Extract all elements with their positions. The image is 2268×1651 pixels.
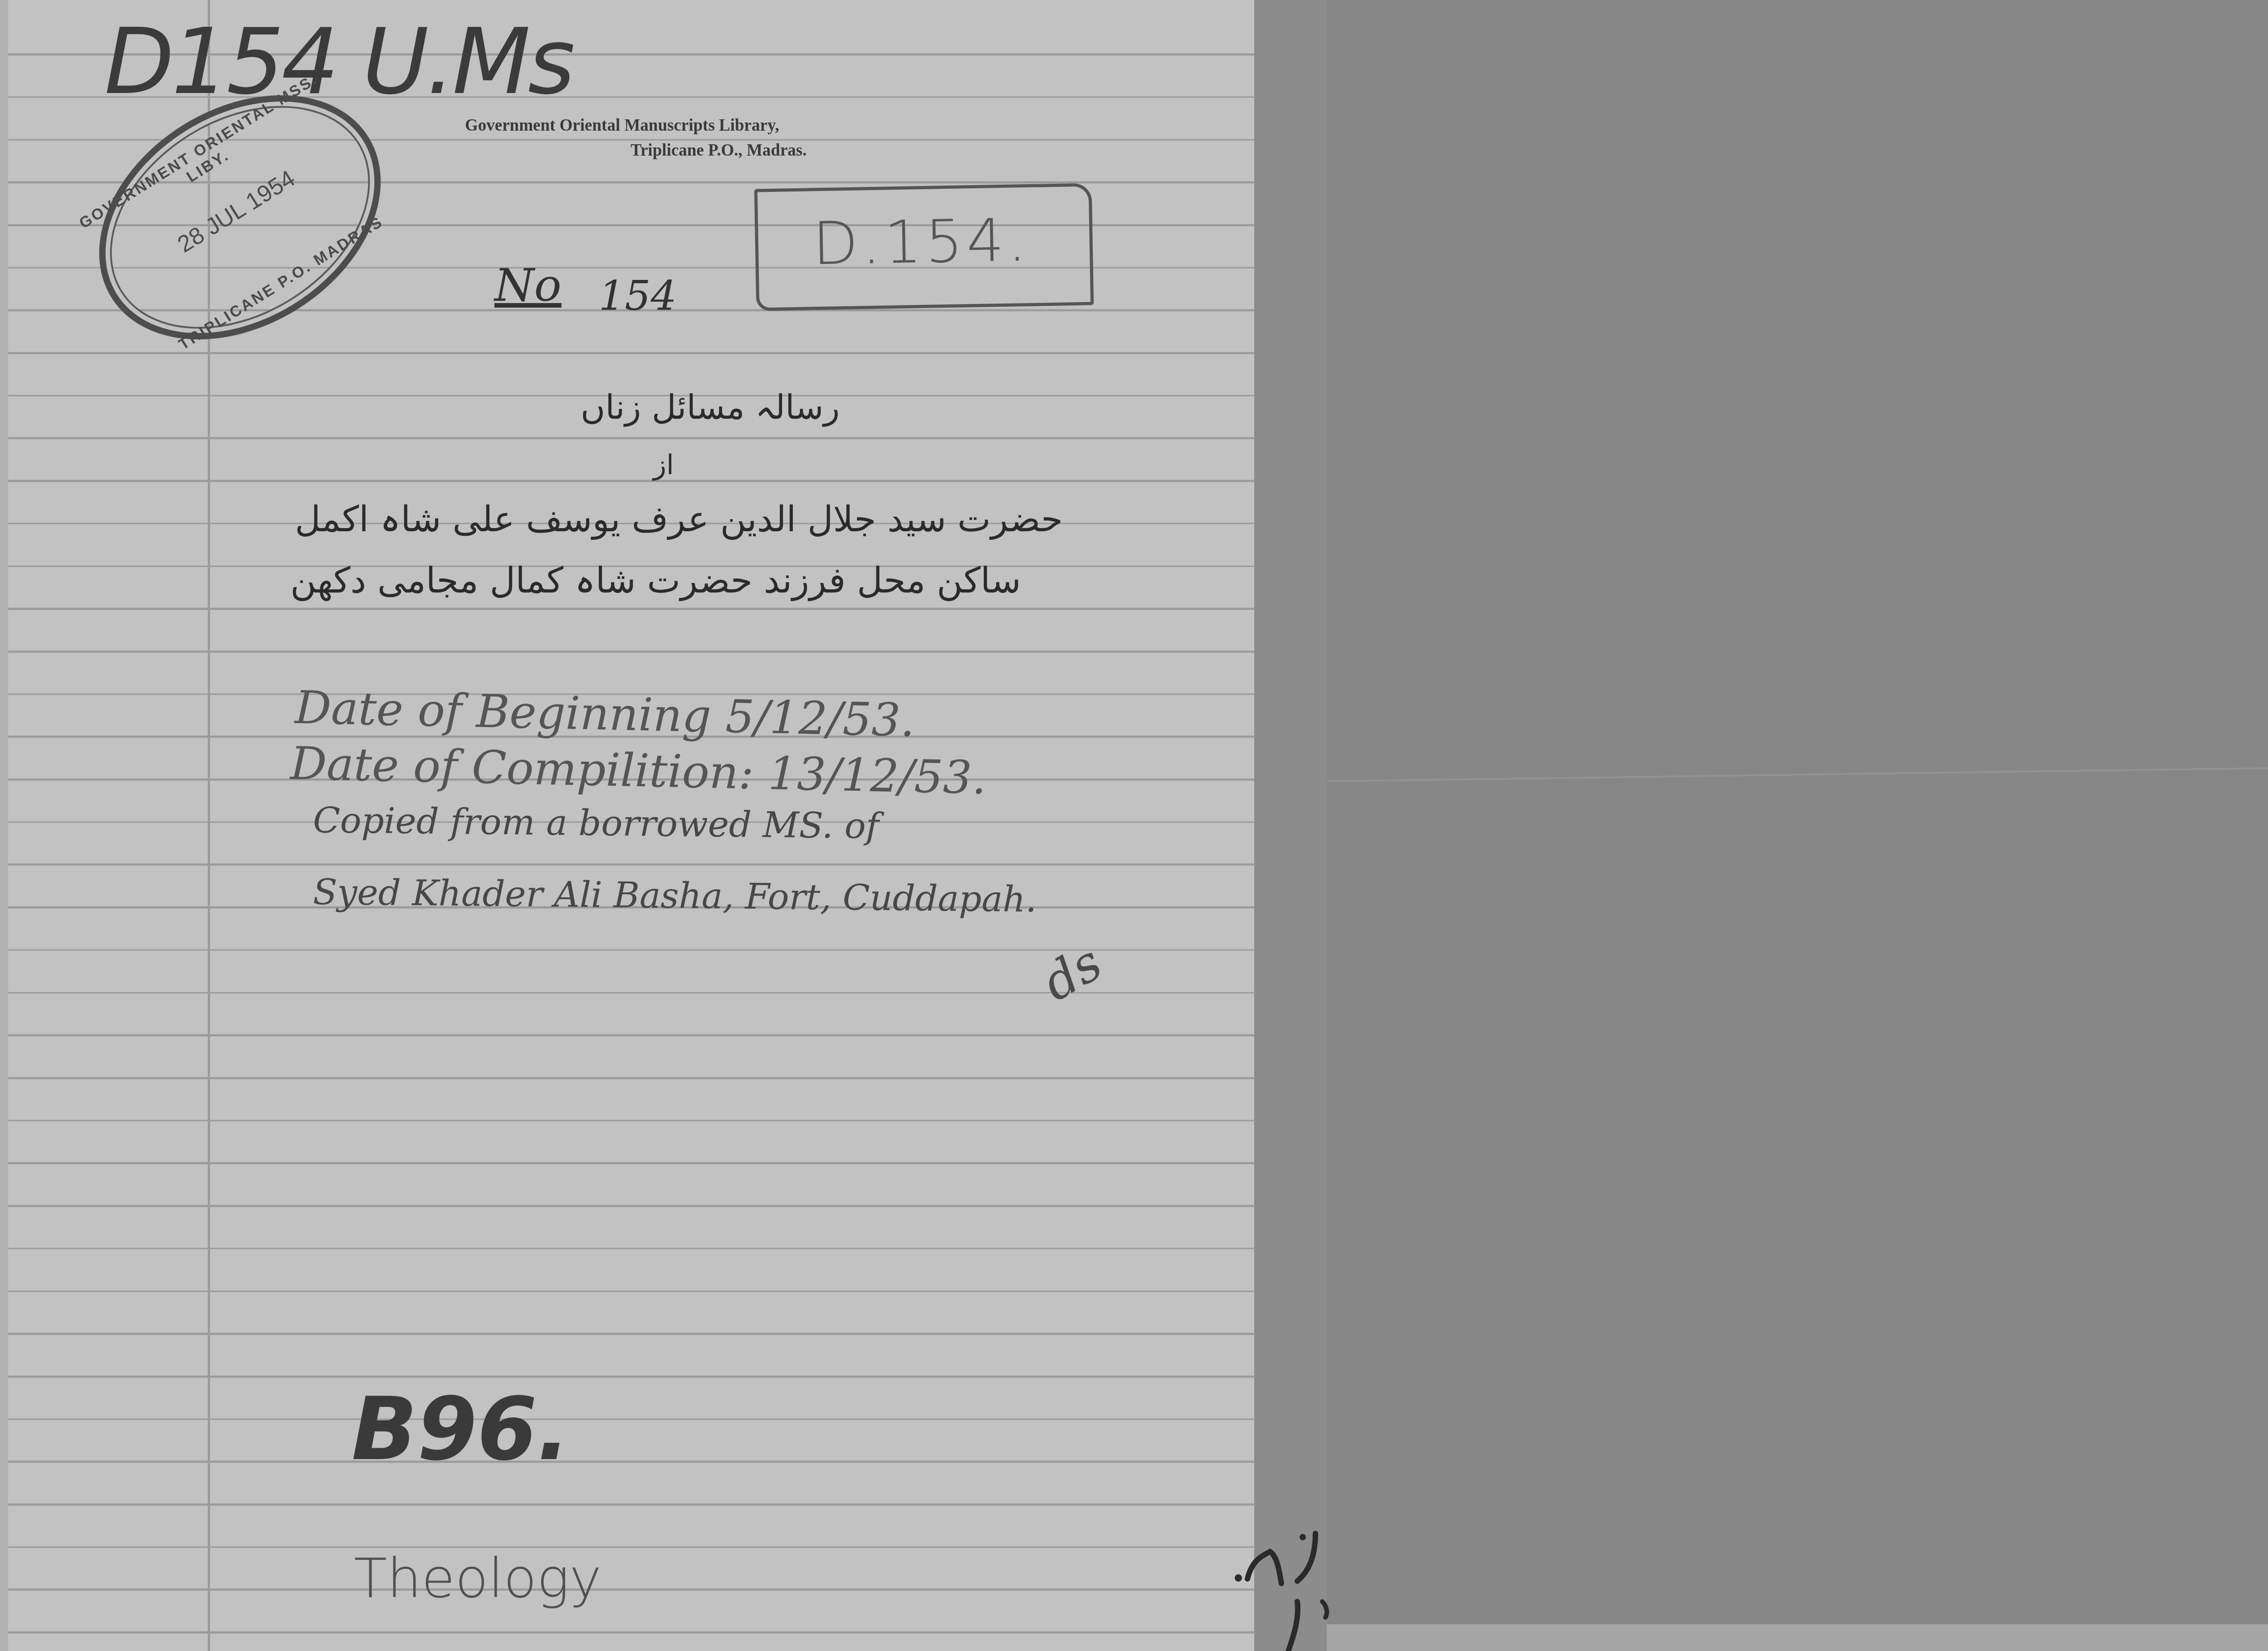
number-label: No: [494, 259, 562, 312]
persian-by: از: [653, 449, 674, 481]
printed-header-line2: Triplicane P.O., Madras.: [631, 141, 807, 160]
worm-damage-mark: [1225, 1506, 1370, 1651]
inner-board: [1327, 0, 2268, 1624]
binding-gutter: [1254, 0, 1327, 1651]
call-number: D154 U.Ms: [104, 9, 572, 115]
copied-from: Copied from a borrowed MS. of: [313, 800, 879, 847]
boxed-number: D.154.: [754, 183, 1094, 311]
subject-label: Theology: [354, 1547, 601, 1610]
boxed-number-text: D.154.: [812, 206, 1031, 278]
owner: Syed Khader Ali Basha, Fort, Cuddapah.: [313, 872, 1037, 921]
bottom-page-edge: [1327, 1624, 2268, 1651]
persian-author-line2: ساکن محل فرزند حضرت شاہ کمال مجامی دکھن: [290, 560, 1021, 601]
printed-header-line1: Government Oriental Manuscripts Library,: [465, 116, 779, 135]
shelfmark: B96.: [352, 1379, 570, 1480]
number-value: 154: [599, 272, 677, 320]
persian-author-line1: حضرت سید جلال الدین عرف یوسف علی شاہ اکم…: [295, 499, 1063, 540]
persian-title: رسالہ مسائل زناں: [581, 388, 840, 427]
page-edge: [0, 0, 8, 1651]
